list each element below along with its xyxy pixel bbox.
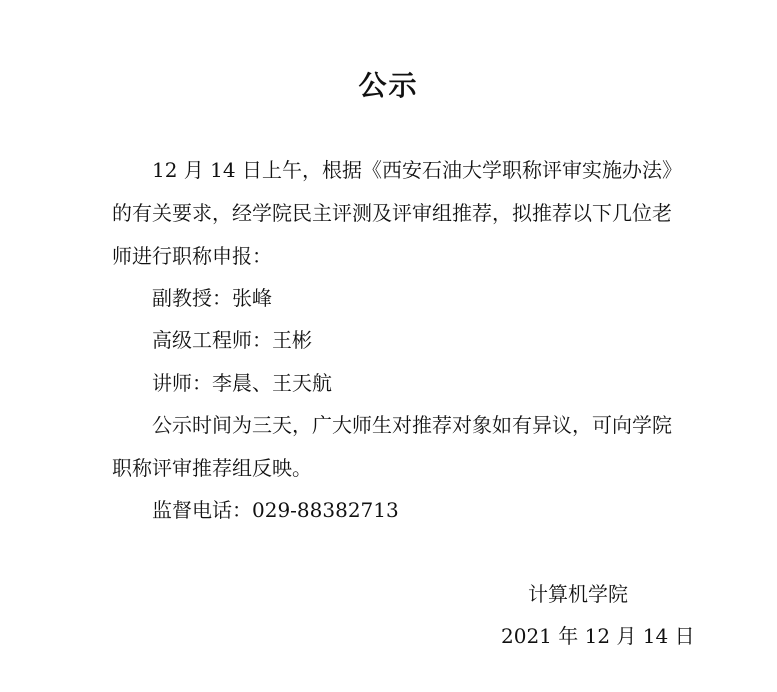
paragraph-line: 师进行职称申报：	[112, 244, 272, 268]
paragraph-line: 的有关要求，经学院民主评测及评审组推荐，拟推荐以下几位老	[112, 201, 672, 225]
nominee-lecturer: 讲师：李晨、王天航	[152, 371, 332, 395]
contact-phone: 监督电话：029-88382713	[152, 498, 399, 522]
paragraph-line: 公示时间为三天，广大师生对推荐对象如有异议，可向学院	[152, 413, 672, 437]
signature-organization: 计算机学院	[528, 582, 628, 606]
nominee-senior-engineer: 高级工程师：王彬	[152, 328, 312, 352]
signature-date: 2021 年 12 月 14 日	[501, 624, 695, 648]
paragraph-line: 12 月 14 日上午，根据《西安石油大学职称评审实施办法》	[152, 158, 682, 182]
paragraph-line: 职称评审推荐组反映。	[112, 456, 312, 480]
nominee-associate-professor: 副教授：张峰	[152, 286, 272, 310]
document-title: 公示	[0, 64, 777, 104]
